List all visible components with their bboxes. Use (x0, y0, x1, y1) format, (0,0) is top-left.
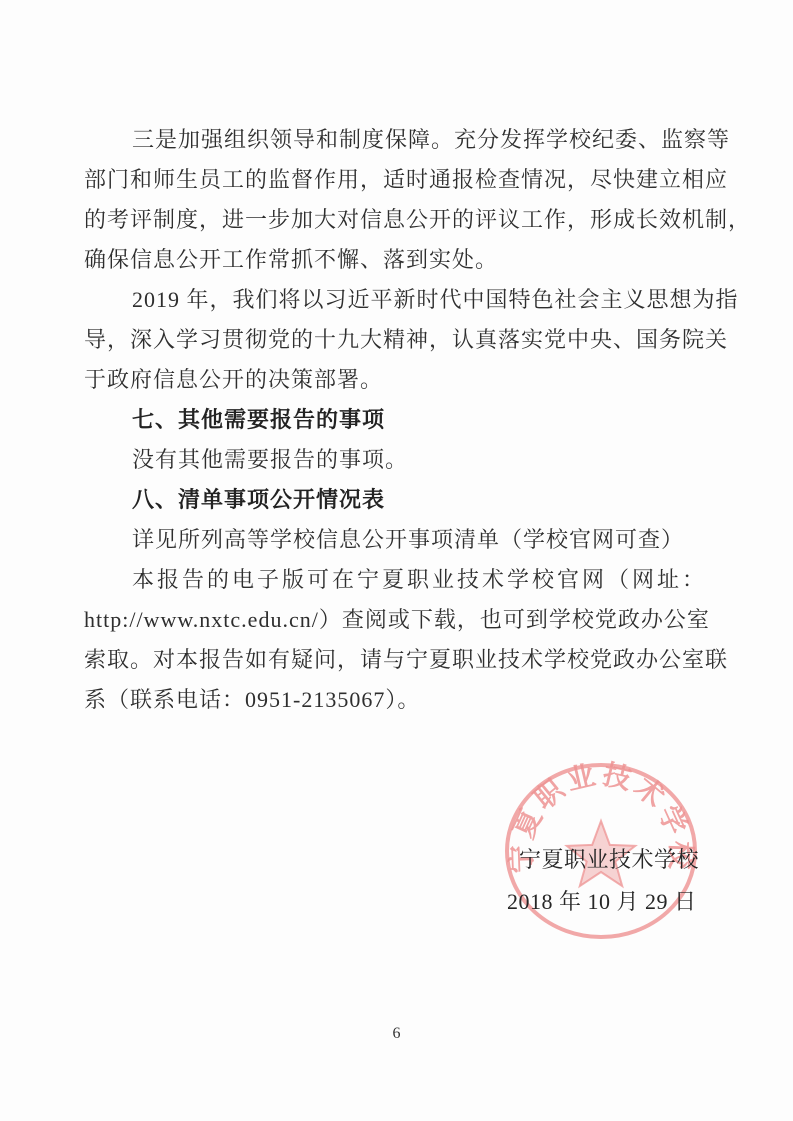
text-line: 2019 年，我们将以习近平新时代中国特色社会主义思想为指 (84, 280, 716, 320)
text-line: 三是加强组织领导和制度保障。充分发挥学校纪委、监察等 (84, 120, 716, 160)
text-line: http://www.nxtc.edu.cn/）查阅或下载，也可到学校党政办公室 (84, 600, 716, 640)
signature-date: 2018 年 10 月 29 日 (507, 885, 697, 916)
signature-organization: 宁夏职业技术学校 (519, 843, 699, 874)
page-number: 6 (0, 1025, 793, 1043)
text-line: 的考评制度，进一步加大对信息公开的评议工作，形成长效机制， (84, 200, 716, 240)
text-line: 详见所列高等学校信息公开事项清单（学校官网可查） (84, 520, 716, 560)
text-line: 确保信息公开工作常抓不懈、落到实处。 (84, 240, 716, 280)
text-line: 部门和师生员工的监督作用，适时通报检查情况，尽快建立相应 (84, 160, 716, 200)
text-line: 于政府信息公开的决策部署。 (84, 360, 716, 400)
document-page: 三是加强组织领导和制度保障。充分发挥学校纪委、监察等部门和师生员工的监督作用，适… (0, 0, 793, 1121)
text-line: 本报告的电子版可在宁夏职业技术学校官网（网址： (84, 560, 716, 600)
text-line: 七、其他需要报告的事项 (84, 400, 716, 440)
text-line: 系（联系电话：0951-2135067）。 (84, 680, 716, 720)
text-line: 没有其他需要报告的事项。 (84, 440, 716, 480)
text-line: 八、清单事项公开情况表 (84, 480, 716, 520)
text-line: 索取。对本报告如有疑问，请与宁夏职业技术学校党政办公室联 (84, 640, 716, 680)
document-body: 三是加强组织领导和制度保障。充分发挥学校纪委、监察等部门和师生员工的监督作用，适… (84, 120, 716, 720)
text-line: 导，深入学习贯彻党的十九大精神，认真落实党中央、国务院关 (84, 320, 716, 360)
